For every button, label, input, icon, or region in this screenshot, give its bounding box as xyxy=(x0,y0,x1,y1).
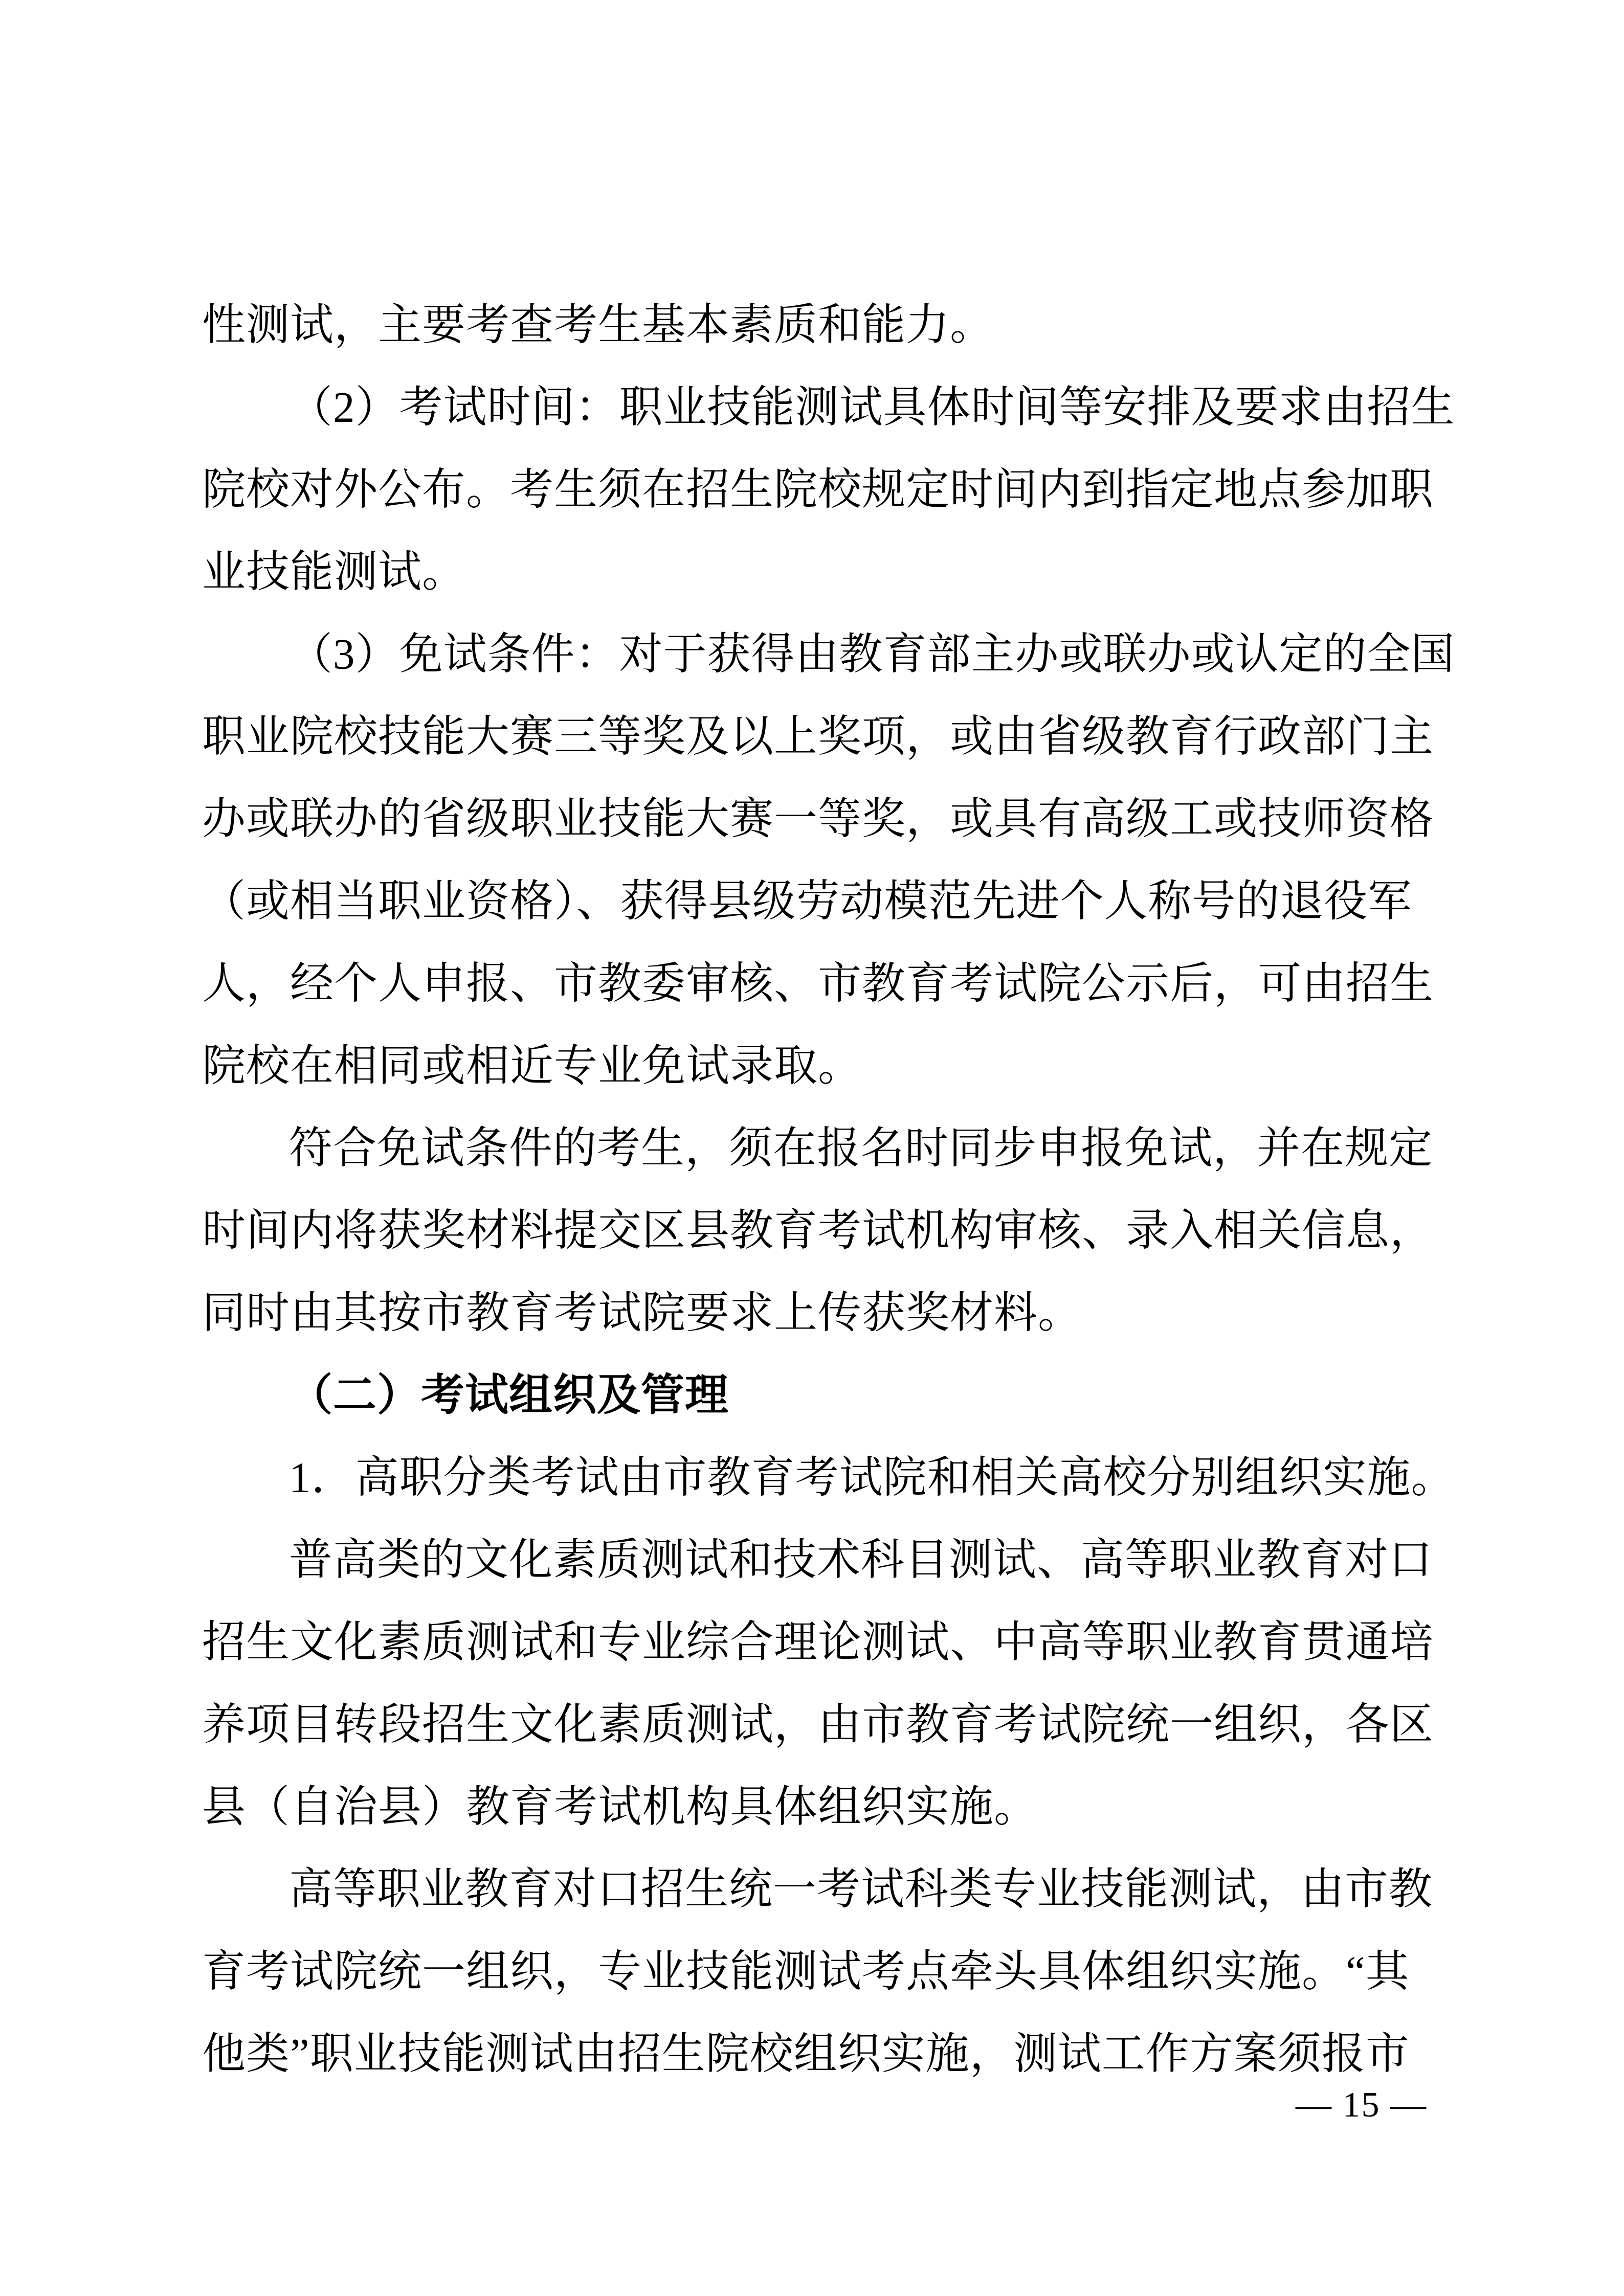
text-line: 养项目转段招生文化素质测试，由市教育考试院统一组织，各区 xyxy=(202,1684,1430,1766)
text-line: （3）免试条件：对于获得由教育部主办或联办或认定的全国 xyxy=(202,614,1430,696)
text-line: 普高类的文化素质测试和技术科目测试、高等职业教育对口 xyxy=(202,1519,1430,1602)
text-line: 人，经个人申报、市教委审核、市教育考试院公示后，可由招生 xyxy=(202,943,1430,1025)
text-line: （或相当职业资格）、获得县级劳动模范先进个人称号的退役军 xyxy=(202,861,1430,943)
document-page: 性测试，主要考查考生基本素质和能力。（2）考试时间：职业技能测试具体时间等安排及… xyxy=(0,0,1624,2296)
text-line: 职业院校技能大赛三等奖及以上奖项，或由省级教育行政部门主 xyxy=(202,696,1430,778)
text-line: 性测试，主要考查考生基本素质和能力。 xyxy=(202,284,1430,367)
text-line: 育考试院统一组织，专业技能测试考点牵头具体组织实施。“其 xyxy=(202,1931,1430,2013)
section-heading: （二）考试组织及管理 xyxy=(202,1355,1430,1437)
text-line: 同时由其按市教育考试院要求上传获奖材料。 xyxy=(202,1272,1430,1355)
text-line: 县（自治县）教育考试机构具体组织实施。 xyxy=(202,1766,1430,1849)
text-line: 院校在相同或相近专业免试录取。 xyxy=(202,1025,1430,1108)
page-number: — 15 — xyxy=(1296,2077,1427,2133)
text-line: 业技能测试。 xyxy=(202,531,1430,614)
text-line: 办或联办的省级职业技能大赛一等奖，或具有高级工或技师资格 xyxy=(202,778,1430,861)
text-line: 高等职业教育对口招生统一考试科类专业技能测试，由市教 xyxy=(202,1849,1430,1931)
text-line: 院校对外公布。考生须在招生院校规定时间内到指定地点参加职 xyxy=(202,449,1430,531)
text-line: 1．高职分类考试由市教育考试院和相关高校分别组织实施。 xyxy=(202,1437,1430,1519)
text-line: 他类”职业技能测试由招生院校组织实施，测试工作方案须报市 xyxy=(202,2013,1430,2096)
text-line: 符合免试条件的考生，须在报名时同步申报免试，并在规定 xyxy=(202,1108,1430,1190)
text-line: 时间内将获奖材料提交区县教育考试机构审核、录入相关信息， xyxy=(202,1190,1430,1272)
text-line: （2）考试时间：职业技能测试具体时间等安排及要求由招生 xyxy=(202,367,1430,449)
document-body: 性测试，主要考查考生基本素质和能力。（2）考试时间：职业技能测试具体时间等安排及… xyxy=(202,284,1430,2096)
text-line: 招生文化素质测试和专业综合理论测试、中高等职业教育贯通培 xyxy=(202,1602,1430,1684)
